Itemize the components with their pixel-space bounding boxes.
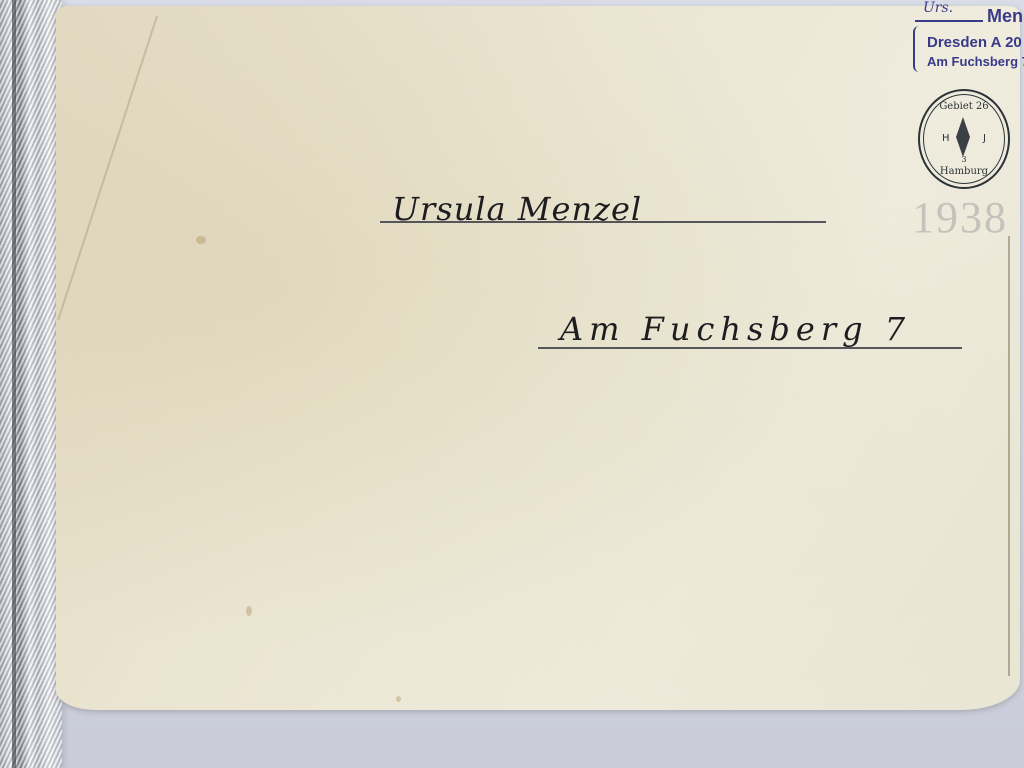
stamp-line-3: Am Fuchsberg 7 (927, 54, 1024, 69)
stamp-line-1: Men… (987, 6, 1024, 27)
handwritten-address: Am Fuchsberg 7 (560, 310, 911, 348)
handwritten-name: Ursula Menzel (392, 190, 642, 228)
stamp-top-text: Gebiet 26 (920, 101, 1008, 112)
address-stamp: Urs. Men… Dresden A 20 Am Fuchsberg 7 (905, 0, 1024, 80)
stamp-letter-right: J (983, 133, 986, 144)
stamp-line-2: Dresden A 20 (927, 34, 1022, 51)
signature-line (915, 20, 983, 22)
stamp-number: 3 (920, 155, 1008, 164)
stain (196, 236, 206, 244)
paper-card (56, 6, 1020, 710)
round-hj-stamp: Gebiet 26 H J 3 Hamburg (918, 89, 1010, 189)
stamp-bottom-text: Hamburg (920, 166, 1008, 177)
silver-cover-edge (0, 0, 62, 768)
paper-fold (1008, 236, 1010, 676)
stamp-signature: Urs. (923, 0, 953, 16)
year-imprint: 1938 (912, 192, 1008, 243)
stain (396, 696, 401, 702)
stamp-bracket (913, 26, 921, 72)
paper-crease (57, 16, 158, 321)
stamp-letter-left: H (942, 133, 950, 144)
stain (246, 606, 252, 616)
